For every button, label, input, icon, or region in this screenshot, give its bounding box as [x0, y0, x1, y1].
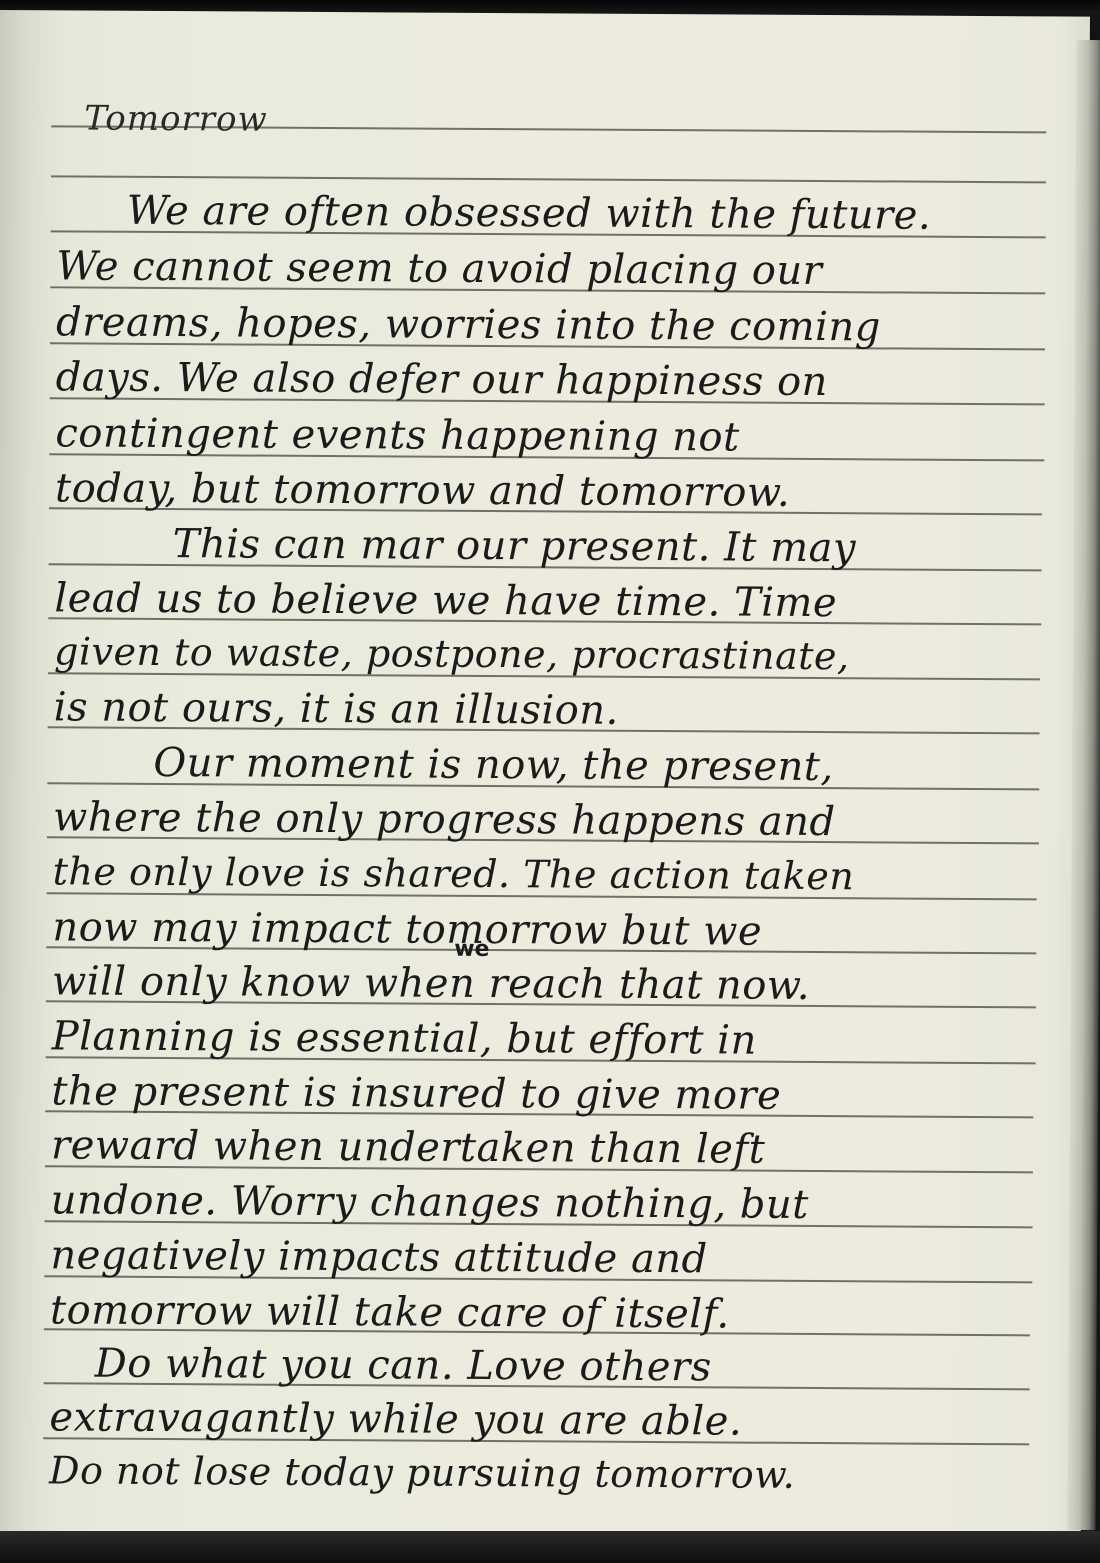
- text-line: extravagantly while you are able.: [49, 1397, 742, 1441]
- text-line: contingent events happening not: [55, 413, 740, 457]
- text-line: We are often obsessed with the future.: [57, 190, 932, 235]
- inserted-word: we: [454, 937, 489, 962]
- text-line: will only know when reach that now.: [52, 961, 810, 1006]
- text-line: given to waste, postpone, procrastinate,: [54, 632, 850, 675]
- text-line: We cannot seem to avoid placing our: [56, 246, 822, 291]
- text-line: undone. Worry changes nothing, but: [51, 1180, 809, 1225]
- text-line: negatively impacts attitude and: [50, 1235, 708, 1279]
- notebook-page: Tomorrow We are often obsessed with the …: [0, 10, 1090, 1542]
- page-title: Tomorrow: [84, 99, 268, 140]
- text-line: today, but tomorrow and tomorrow.: [55, 468, 790, 512]
- text-line: lead us to believe we have time. Time: [54, 578, 837, 623]
- text-line: where the only progress happens and: [53, 797, 836, 842]
- text-line: tomorrow will take care of itself.: [50, 1290, 730, 1334]
- scan-bottom-edge: [0, 1531, 1100, 1563]
- text-line: the present is insured to give more: [51, 1071, 781, 1115]
- text-line: now may impact tomorrow but we: [52, 907, 762, 951]
- text-line: reward when undertaken than left: [51, 1125, 765, 1169]
- text-line: the only love is shared. The action take…: [53, 852, 855, 895]
- text-line: Our moment is now, the present,: [53, 742, 833, 787]
- text-line: is not ours, it is an illusion.: [54, 687, 619, 730]
- rule-line: [51, 175, 1046, 183]
- text-line: Planning is essential, but effort in: [52, 1016, 757, 1060]
- text-line: This can mar our present. It may: [55, 523, 857, 568]
- text-line: Do not lose today pursuing tomorrow.: [49, 1451, 795, 1494]
- text-line: Do what you can. Love others: [50, 1343, 712, 1387]
- text-line: days. We also defer our happiness on: [56, 357, 828, 402]
- text-line: dreams, hopes, worries into the coming: [56, 302, 881, 347]
